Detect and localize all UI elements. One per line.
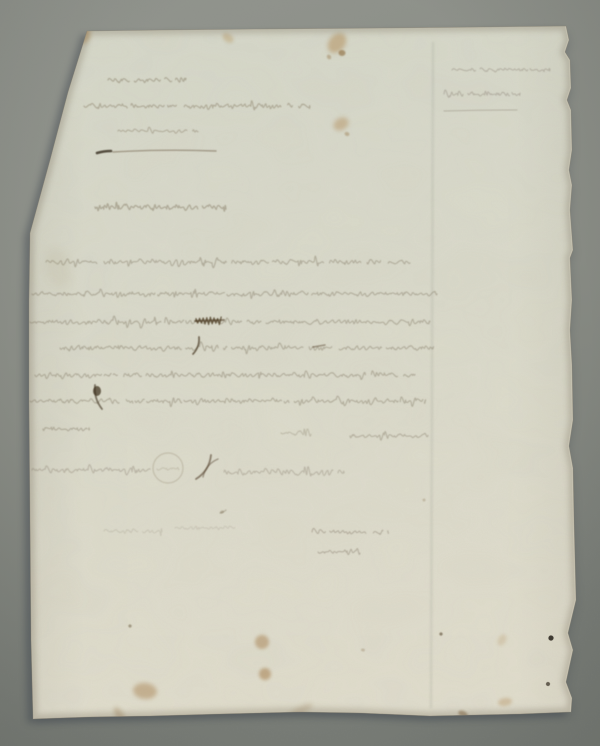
paper-sheet [0, 0, 600, 746]
showthrough-body [195, 320, 224, 321]
paper-grain [0, 0, 600, 746]
artwork-canvas [0, 0, 600, 746]
document-photo [0, 0, 600, 746]
